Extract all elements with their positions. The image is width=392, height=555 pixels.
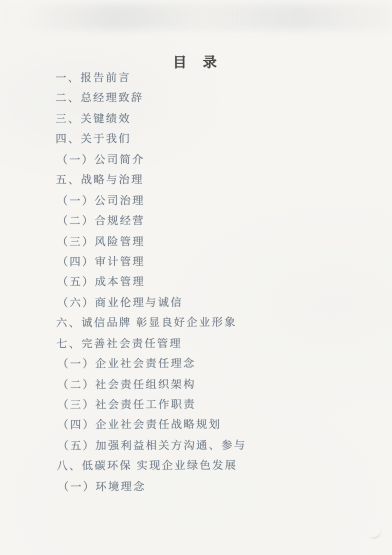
toc-item: 三、关键绩效: [55, 108, 375, 130]
toc-item: （一）企业社会责任理念: [56, 353, 376, 375]
toc-item: （三）风险管理: [56, 231, 376, 253]
toc-item: （二）合规经营: [56, 210, 376, 232]
toc-item: 八、低碳环保 实现企业绿色发展: [57, 456, 377, 478]
toc-item: （一）公司治理: [56, 190, 376, 212]
toc-item: 一、报告前言: [55, 67, 375, 89]
toc-item: （五）加强利益相关方沟通、参与: [57, 435, 377, 457]
toc-item: 四、关于我们: [55, 129, 375, 151]
toc-item: （四）企业社会责任战略规划: [56, 415, 376, 437]
toc-item: （三）社会责任工作职责: [56, 394, 376, 416]
toc-item: （五）成本管理: [56, 272, 376, 294]
toc-item: （一）环境理念: [57, 476, 377, 498]
toc-item: 六、诚信品牌 彰显良好企业形象: [56, 313, 376, 335]
toc-item: 二、总经理致辞: [55, 88, 375, 110]
toc-item: （六）商业伦理与诚信: [56, 292, 376, 314]
toc-list: 一、报告前言二、总经理致辞三、关键绩效四、关于我们（一）公司简介五、战略与治理（…: [55, 67, 376, 497]
toc-item: 七、完善社会责任管理: [56, 333, 376, 355]
toc-item: 五、战略与治理: [56, 170, 376, 192]
toc-item: （一）公司简介: [56, 149, 376, 171]
page-content: 目 录 一、报告前言二、总经理致辞三、关键绩效四、关于我们（一）公司简介五、战略…: [0, 0, 392, 555]
toc-item: （四）审计管理: [56, 251, 376, 273]
scanned-page: 目 录 一、报告前言二、总经理致辞三、关键绩效四、关于我们（一）公司简介五、战略…: [0, 0, 392, 555]
toc-item: （二）社会责任组织架构: [56, 374, 376, 396]
